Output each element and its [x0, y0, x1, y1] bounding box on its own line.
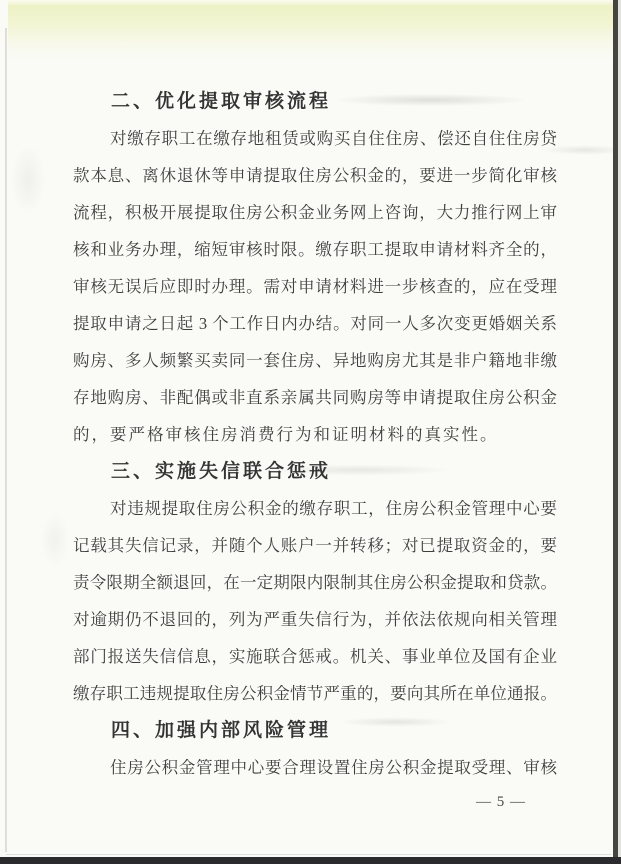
body-line: 责令限期全额退回，在一定期限内限制其住房公积金提取和贷款。	[73, 564, 557, 601]
document-body: 二、优化提取审核流程 对缴存职工在缴存地租赁或购买自住住房、偿还自住住房贷 款本…	[73, 83, 557, 786]
page-left-edge-line	[5, 28, 7, 852]
body-line: 存地购房、非配偶或非直系亲属共同购房等申请提取住房公积金	[73, 379, 557, 416]
page-bottom-edge-line	[6, 854, 611, 855]
scan-bottom-shadow	[0, 857, 621, 864]
body-line: 购房、多人频繁买卖同一套住房、异地购房尤其是非户籍地非缴	[73, 342, 557, 379]
body-line: 核和业务办理，缩短审核时限。缴存职工提取申请材料齐全的，	[73, 231, 557, 268]
body-line: 缴存职工违规提取住房公积金情节严重的，要向其所在单位通报。	[73, 675, 557, 712]
body-line: 的，要严格审核住房消费行为和证明材料的真实性。	[73, 416, 557, 453]
scan-top-tint	[8, 0, 613, 62]
scanned-document-page: 二、优化提取审核流程 对缴存职工在缴存地租赁或购买自住住房、偿还自住住房贷 款本…	[0, 0, 621, 864]
body-line: 审核无误后应即时办理。需对申请材料进一步核查的，应在受理	[73, 268, 557, 305]
section-heading-3: 三、实施失信联合惩戒	[73, 453, 557, 490]
body-line: 款本息、离休退休等申请提取住房公积金的，要进一步简化审核	[73, 157, 557, 194]
section-heading-2: 二、优化提取审核流程	[73, 83, 557, 120]
page-number: — 5 —	[476, 794, 526, 811]
body-line: 记载其失信记录，并随个人账户一并转移；对已提取资金的，要	[73, 527, 557, 564]
body-line: 对违规提取住房公积金的缴存职工，住房公积金管理中心要	[73, 490, 557, 527]
body-line: 住房公积金管理中心要合理设置住房公积金提取受理、审核	[73, 749, 557, 786]
body-line: 流程，积极开展提取住房公积金业务网上咨询，大力推行网上审	[73, 194, 557, 231]
body-line: 对缴存职工在缴存地租赁或购买自住住房、偿还自住住房贷	[73, 120, 557, 157]
body-line: 提取申请之日起 3 个工作日内办结。对同一人多次变更婚姻关系	[73, 305, 557, 342]
section-heading-4: 四、加强内部风险管理	[73, 712, 557, 749]
body-line: 对逾期仍不退回的，列为严重失信行为，并依法依规向相关管理	[73, 601, 557, 638]
body-line: 部门报送失信信息，实施联合惩戒。机关、事业单位及国有企业	[73, 638, 557, 675]
